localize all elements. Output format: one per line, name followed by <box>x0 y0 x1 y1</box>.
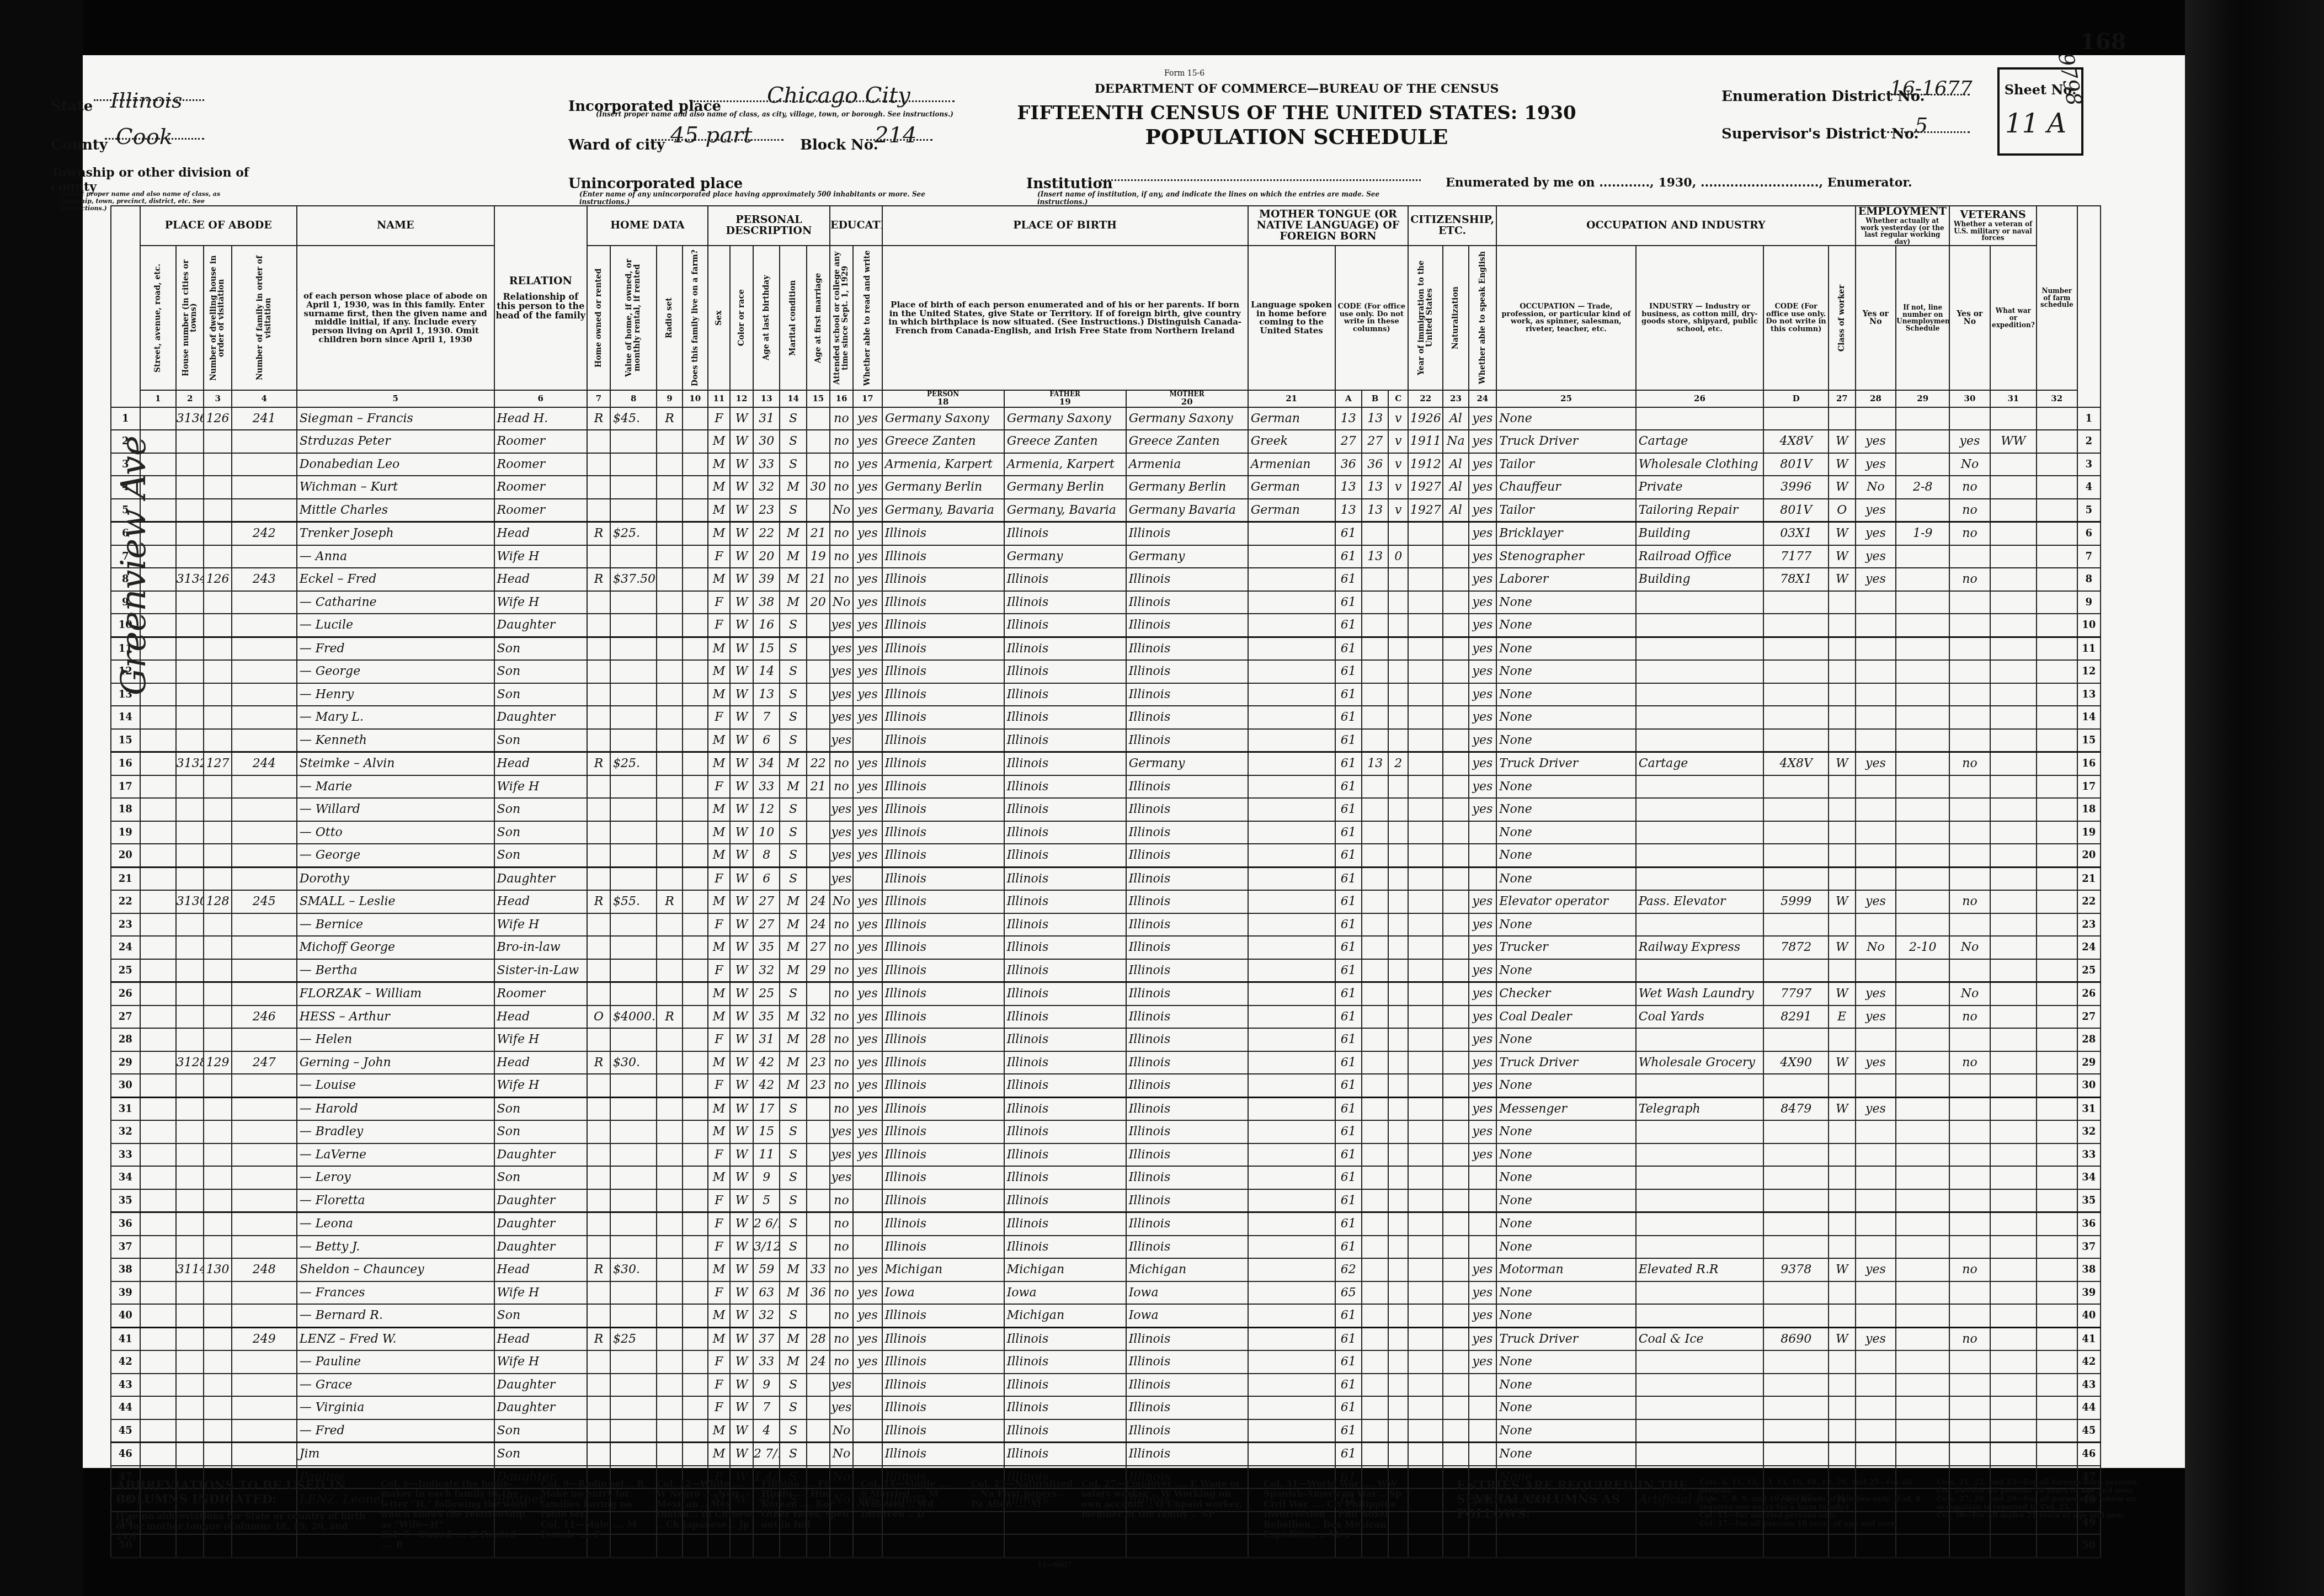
cell-street <box>140 1304 176 1327</box>
line-number-right: 39 <box>2077 1281 2101 1305</box>
cell-family <box>232 453 297 476</box>
cell-radio <box>657 1350 682 1374</box>
cell-family <box>232 1396 297 1419</box>
cell-code: 8291 <box>1763 1006 1829 1029</box>
cell-birth: Illinois <box>882 890 1004 913</box>
cell-at-work: yes <box>1856 890 1896 913</box>
cell-age: 63 <box>753 1281 780 1305</box>
cell-code: 4X8V <box>1763 752 1829 775</box>
cell-tenure: R <box>587 1051 610 1074</box>
cell-family <box>232 476 297 499</box>
cell-father: Illinois <box>1004 1189 1126 1212</box>
cell-sex: M <box>708 568 730 591</box>
cell-birth: Illinois <box>882 821 1004 844</box>
cell-immig <box>1408 1143 1443 1167</box>
cell-at-work <box>1856 821 1896 844</box>
footer-col14: Col. 14—Single .... S Married .... M Wid… <box>861 1479 960 1520</box>
cell-age-marr: 24 <box>807 913 830 937</box>
cell-veteran <box>1949 407 1990 430</box>
cell-tongue: German <box>1248 499 1335 522</box>
cell-at-work: yes <box>1856 499 1896 522</box>
cell-house <box>176 1419 204 1443</box>
cell-natur <box>1443 890 1468 913</box>
cell-birth: Armenia, Karpert <box>882 453 1004 476</box>
table-row: 163132127244Steimke – AlvinHeadR$25.MW34… <box>111 752 2101 775</box>
cell-relation: Son <box>494 844 587 867</box>
cell-english: yes <box>1469 1327 1497 1350</box>
cell-relation: Son <box>494 798 587 821</box>
cell-code <box>1763 614 1829 637</box>
cell-read <box>853 1396 882 1419</box>
cell-age: 31 <box>753 1028 780 1051</box>
cell-codeB <box>1362 1097 1388 1120</box>
cell-immig <box>1408 1189 1443 1212</box>
cell-at-work: yes <box>1856 1006 1896 1029</box>
line-number-left: 28 <box>111 1028 140 1051</box>
cell-family <box>232 683 297 706</box>
cell-codeB <box>1362 913 1388 937</box>
cell-industry: Cartage <box>1636 430 1764 453</box>
cell-marital: M <box>780 890 806 913</box>
cell-school: no <box>830 1236 853 1259</box>
cell-war <box>1990 1281 2037 1305</box>
cell-birth: Illinois <box>882 1419 1004 1443</box>
cell-marital: M <box>780 1258 806 1281</box>
cell-race: W <box>730 1281 753 1305</box>
cell-codeC <box>1388 729 1408 752</box>
cell-age-marr <box>807 867 830 890</box>
cell-sex: F <box>708 775 730 799</box>
cell-house: 3128 <box>176 1051 204 1074</box>
cell-codeB: 13 <box>1362 476 1388 499</box>
footer-abbreviations: ABBREVIATIONS TO BE USED IN COLUMNS INDI… <box>116 1479 370 1542</box>
cell-natur <box>1443 1097 1468 1120</box>
cell-farm <box>683 729 708 752</box>
cell-marital: S <box>780 821 806 844</box>
cell-value <box>610 1143 657 1167</box>
cell-mother: Illinois <box>1126 637 1248 660</box>
group-name: NAME <box>297 206 494 246</box>
cell-codeB <box>1362 522 1388 545</box>
cell-street <box>140 1443 176 1466</box>
cell-sex: F <box>708 1281 730 1305</box>
cell-worker-class: E <box>1829 1006 1855 1029</box>
cell-at-work <box>1856 1374 1896 1397</box>
cell-veteran <box>1949 1189 1990 1212</box>
cell-english: yes <box>1469 1304 1497 1327</box>
cell-worker-class <box>1829 660 1855 683</box>
cell-mother: Illinois <box>1126 1350 1248 1374</box>
cell-age-marr <box>807 407 830 430</box>
cell-war <box>1990 660 2037 683</box>
cell-relation: Daughter <box>494 1143 587 1167</box>
cell-codeB <box>1362 1189 1388 1212</box>
cell-father: Illinois <box>1004 1051 1126 1074</box>
cell-war <box>1990 1304 2037 1327</box>
cell-tongue <box>1248 568 1335 591</box>
cell-veteran <box>1949 1443 1990 1466</box>
cell-codeB <box>1362 637 1388 660</box>
cell-name: — Bertha <box>297 959 494 982</box>
cell-farm-sched <box>2037 959 2077 982</box>
state-value: Illinois <box>110 88 182 113</box>
line-number-right: 15 <box>2077 729 2101 752</box>
cell-industry: Cartage <box>1636 752 1764 775</box>
cell-house <box>176 683 204 706</box>
cell-industry <box>1636 1189 1764 1212</box>
cell-street <box>140 1350 176 1374</box>
cell-industry <box>1636 867 1764 890</box>
col-25-num: 25 <box>1496 390 1636 407</box>
cell-mother: Illinois <box>1126 1051 1248 1074</box>
cell-farm <box>683 407 708 430</box>
cell-farm-sched <box>2037 453 2077 476</box>
cell-sex: F <box>708 614 730 637</box>
cell-house <box>176 637 204 660</box>
table-row: 6242Trenker JosephHeadR$25.MW22M21noyesI… <box>111 522 2101 545</box>
cell-codeA: 61 <box>1335 798 1362 821</box>
cell-family <box>232 499 297 522</box>
cell-immig <box>1408 522 1443 545</box>
line-number-right: 32 <box>2077 1120 2101 1143</box>
cell-tenure <box>587 430 610 453</box>
cell-farm <box>683 545 708 568</box>
cell-war <box>1990 1327 2037 1350</box>
cell-house: 3130 <box>176 890 204 913</box>
cell-relation: Son <box>494 1120 587 1143</box>
cell-dwelling <box>204 1304 232 1327</box>
cell-worker-class <box>1829 614 1855 637</box>
cell-relation: Son <box>494 683 587 706</box>
cell-industry <box>1636 637 1764 660</box>
cell-unemp-line <box>1896 752 1949 775</box>
cell-dwelling <box>204 1166 232 1189</box>
cell-race: W <box>730 1143 753 1167</box>
cell-occupation: None <box>1496 959 1636 982</box>
cell-worker-class: W <box>1829 936 1855 959</box>
cell-veteran <box>1949 867 1990 890</box>
cell-english: yes <box>1469 775 1497 799</box>
cell-codeC <box>1388 982 1408 1006</box>
cell-codeA: 61 <box>1335 913 1362 937</box>
line-number-left: 41 <box>111 1327 140 1350</box>
veterans-title: VETERANS <box>1950 210 2036 221</box>
cell-house <box>176 1212 204 1236</box>
cell-marital: M <box>780 522 806 545</box>
cell-at-work <box>1856 959 1896 982</box>
cell-code <box>1763 1419 1829 1443</box>
col-d-header: CODE (For office use only. Do not write … <box>1763 246 1829 390</box>
table-row: 24Michoff GeorgeBro-in-lawMW35M27noyesIl… <box>111 936 2101 959</box>
cell-race: W <box>730 1236 753 1259</box>
cell-immig: 1927 <box>1408 476 1443 499</box>
cell-father: Illinois <box>1004 867 1126 890</box>
table-row: 37— Betty J.DaughterFW3/12SnoIllinoisIll… <box>111 1236 2101 1259</box>
cell-english <box>1469 844 1497 867</box>
cell-veteran <box>1949 1304 1990 1327</box>
cell-family: 248 <box>232 1258 297 1281</box>
cell-english: yes <box>1469 476 1497 499</box>
cell-natur <box>1443 982 1468 1006</box>
cell-race: W <box>730 1120 753 1143</box>
cell-tenure <box>587 499 610 522</box>
cell-tongue <box>1248 1120 1335 1143</box>
cell-age: 38 <box>753 591 780 614</box>
cell-street <box>140 890 176 913</box>
cell-value <box>610 430 657 453</box>
cell-code <box>1763 821 1829 844</box>
cell-worker-class <box>1829 775 1855 799</box>
cell-veteran <box>1949 660 1990 683</box>
cell-family <box>232 1350 297 1374</box>
cell-codeB <box>1362 775 1388 799</box>
cell-war <box>1990 545 2037 568</box>
cell-sex: F <box>708 591 730 614</box>
cell-dwelling: 130 <box>204 1258 232 1281</box>
line-number-right: 9 <box>2077 591 2101 614</box>
cell-farm <box>683 568 708 591</box>
cell-marital: S <box>780 1189 806 1212</box>
veterans-note: Whether a veteran of U.S. military or na… <box>1950 221 2036 242</box>
cell-codeA: 61 <box>1335 1350 1362 1374</box>
cell-mother: Illinois <box>1126 867 1248 890</box>
cell-codeC <box>1388 614 1408 637</box>
cell-tenure <box>587 683 610 706</box>
table-row: 45— FredSonMW4SNoIllinoisIllinoisIllinoi… <box>111 1419 2101 1443</box>
cell-value: $55. <box>610 890 657 913</box>
cell-english: yes <box>1469 1097 1497 1120</box>
cell-unemp-line <box>1896 637 1949 660</box>
cell-age: 16 <box>753 614 780 637</box>
col-5-num: 5 <box>297 390 494 407</box>
cell-value <box>610 591 657 614</box>
line-number-right: 36 <box>2077 1212 2101 1236</box>
cell-value <box>610 660 657 683</box>
cell-occupation: None <box>1496 660 1636 683</box>
cell-age-marr: 28 <box>807 1327 830 1350</box>
cell-occupation: Truck Driver <box>1496 430 1636 453</box>
cell-dwelling <box>204 1120 232 1143</box>
cell-farm <box>683 982 708 1006</box>
cell-school: no <box>830 913 853 937</box>
col-19-number: 19 <box>1059 397 1071 407</box>
cell-family <box>232 1281 297 1305</box>
line-number-header <box>2077 206 2101 407</box>
cell-code: 3996 <box>1763 476 1829 499</box>
cell-code <box>1763 1443 1829 1466</box>
cell-age-marr <box>807 1236 830 1259</box>
cell-age-marr: 24 <box>807 890 830 913</box>
cell-immig <box>1408 1374 1443 1397</box>
cell-race: W <box>730 1419 753 1443</box>
cell-marital: S <box>780 1212 806 1236</box>
cell-tongue <box>1248 1327 1335 1350</box>
cell-father: Illinois <box>1004 1327 1126 1350</box>
cell-tenure <box>587 729 610 752</box>
cell-occupation: None <box>1496 407 1636 430</box>
cell-immig <box>1408 660 1443 683</box>
institution-field <box>1101 179 1421 181</box>
cell-worker-class <box>1829 637 1855 660</box>
cell-farm <box>683 660 708 683</box>
unincorporated-note: (Enter name of any unincorporated place … <box>579 190 966 206</box>
cell-at-work: yes <box>1856 545 1896 568</box>
cell-sex: M <box>708 890 730 913</box>
cell-immig <box>1408 1236 1443 1259</box>
cell-house <box>176 1350 204 1374</box>
cell-unemp-line: 2-10 <box>1896 936 1949 959</box>
cell-read <box>853 1443 882 1466</box>
cell-race: W <box>730 1006 753 1029</box>
line-number-left: 29 <box>111 1051 140 1074</box>
col-2-header: House number (in cities or towns) <box>176 246 204 390</box>
cell-name: SMALL – Leslie <box>297 890 494 913</box>
cell-farm-sched <box>2037 1143 2077 1167</box>
cell-veteran <box>1949 775 1990 799</box>
cell-father: Illinois <box>1004 683 1126 706</box>
cell-codeB: 13 <box>1362 499 1388 522</box>
cell-father: Illinois <box>1004 1166 1126 1189</box>
table-row: 2Strduzas PeterRoomerMW30SnoyesGreece Za… <box>111 430 2101 453</box>
cell-house <box>176 660 204 683</box>
cell-codeB <box>1362 959 1388 982</box>
line-number-right: 16 <box>2077 752 2101 775</box>
cell-tenure: R <box>587 407 610 430</box>
col-10-header: Does this family live on a farm? <box>683 246 708 390</box>
cell-marital: M <box>780 1074 806 1097</box>
cell-marital: M <box>780 775 806 799</box>
cell-english <box>1469 1166 1497 1189</box>
cell-farm <box>683 1327 708 1350</box>
cell-dwelling <box>204 591 232 614</box>
cell-worker-class <box>1829 959 1855 982</box>
cell-code: 9378 <box>1763 1258 1829 1281</box>
line-number-right: 11 <box>2077 637 2101 660</box>
cell-dwelling <box>204 1212 232 1236</box>
cell-english: yes <box>1469 1350 1497 1374</box>
cell-age-marr: 27 <box>807 936 830 959</box>
cell-codeA: 36 <box>1335 453 1362 476</box>
cell-relation: Daughter <box>494 1374 587 1397</box>
cell-marital: S <box>780 683 806 706</box>
cell-tongue <box>1248 522 1335 545</box>
cell-father: Illinois <box>1004 1396 1126 1419</box>
cell-race: W <box>730 706 753 729</box>
table-row: 40— Bernard R.SonMW32SnoyesIllinoisMichi… <box>111 1304 2101 1327</box>
cell-code <box>1763 844 1829 867</box>
cell-worker-class <box>1829 1074 1855 1097</box>
cell-family <box>232 1374 297 1397</box>
cell-codeB <box>1362 1212 1388 1236</box>
cell-race: W <box>730 1051 753 1074</box>
cell-relation: Roomer <box>494 476 587 499</box>
cell-immig <box>1408 545 1443 568</box>
cell-relation: Head <box>494 568 587 591</box>
cell-tongue <box>1248 867 1335 890</box>
cell-war <box>1990 959 2037 982</box>
cell-sex: M <box>708 982 730 1006</box>
cell-value <box>610 959 657 982</box>
cell-natur <box>1443 1006 1468 1029</box>
cell-sex: F <box>708 959 730 982</box>
cell-read: yes <box>853 1327 882 1350</box>
cell-age-marr <box>807 660 830 683</box>
cell-war <box>1990 591 2037 614</box>
cell-value <box>610 1166 657 1189</box>
cell-codeC <box>1388 1143 1408 1167</box>
col-15-num: 15 <box>807 390 830 407</box>
cell-occupation: None <box>1496 821 1636 844</box>
cell-school: yes <box>830 1143 853 1167</box>
cell-farm <box>683 844 708 867</box>
cell-radio <box>657 1074 682 1097</box>
cell-read: yes <box>853 407 882 430</box>
cell-dwelling <box>204 867 232 890</box>
cell-english <box>1469 1443 1497 1466</box>
cell-mother: Iowa <box>1126 1281 1248 1305</box>
cell-codeA: 61 <box>1335 1051 1362 1074</box>
col-21-num: 21 <box>1248 390 1335 407</box>
cell-farm-sched <box>2037 1051 2077 1074</box>
col-1-header: Street, avenue, road, etc. <box>140 246 176 390</box>
cell-father: Germany Berlin <box>1004 476 1126 499</box>
cell-read: yes <box>853 545 882 568</box>
employment-note: Whether actually at work yesterday (or t… <box>1856 217 1949 245</box>
cell-unemp-line <box>1896 1236 1949 1259</box>
cell-code: 8690 <box>1763 1327 1829 1350</box>
cell-natur: Al <box>1443 499 1468 522</box>
cell-occupation: Tailor <box>1496 499 1636 522</box>
cell-codeB <box>1362 1074 1388 1097</box>
cell-codeC <box>1388 844 1408 867</box>
cell-tongue: Greek <box>1248 430 1335 453</box>
table-row: 5Mittle CharlesRoomerMW23SNoyesGermany, … <box>111 499 2101 522</box>
tongue-code-header: CODE (For office use only. Do not write … <box>1335 246 1409 390</box>
table-row: 28— HelenWife HFW31M28noyesIllinoisIllin… <box>111 1028 2101 1051</box>
cell-industry: Private <box>1636 476 1764 499</box>
cell-house <box>176 1166 204 1189</box>
cell-unemp-line <box>1896 1143 1949 1167</box>
cell-father: Illinois <box>1004 614 1126 637</box>
cell-age: 8 <box>753 844 780 867</box>
cell-tongue <box>1248 982 1335 1006</box>
cell-at-work <box>1856 1189 1896 1212</box>
relation-label: Relationship of this person to the head … <box>495 292 587 320</box>
cell-tongue <box>1248 1189 1335 1212</box>
cell-natur <box>1443 1534 1468 1557</box>
cell-farm-sched <box>2037 1374 2077 1397</box>
cell-age-marr: 29 <box>807 959 830 982</box>
cell-family <box>232 1443 297 1466</box>
cell-value <box>610 1304 657 1327</box>
cell-street <box>140 407 176 430</box>
cell-dwelling <box>204 453 232 476</box>
cell-unemp-line <box>1896 1051 1949 1074</box>
cell-street <box>140 729 176 752</box>
cell-farm <box>683 775 708 799</box>
cell-english <box>1469 821 1497 844</box>
cell-immig <box>1408 913 1443 937</box>
cell-codeC: v <box>1388 499 1408 522</box>
cell-radio <box>657 499 682 522</box>
cell-occupation: None <box>1496 1281 1636 1305</box>
cell-age-marr <box>807 683 830 706</box>
cell-birth: Illinois <box>882 982 1004 1006</box>
cell-veteran <box>1949 1143 1990 1167</box>
cell-veteran <box>1949 821 1990 844</box>
cell-father: Illinois <box>1004 959 1126 982</box>
cell-english: yes <box>1469 706 1497 729</box>
